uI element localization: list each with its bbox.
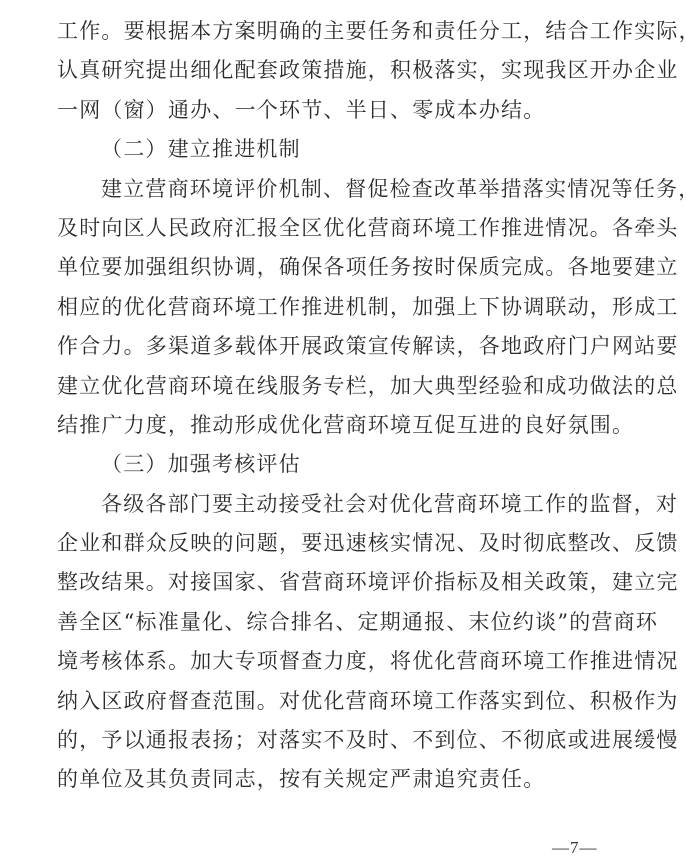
section-heading-3: （三）加强考核评估: [57, 445, 603, 484]
paragraph-line: 善全区“标准量化、综合排名、定期通报、末位约谈”的营商环: [57, 603, 603, 642]
paragraph-line: 的，予以通报表扬；对落实不及时、不到位、不彻底或进展缓慢: [57, 721, 603, 760]
paragraph-line: 建立营商环境评价机制、督促检查改革举措落实情况等任务，: [57, 170, 603, 209]
paragraph-line: 结推广力度，推动形成优化营商环境互促互进的良好氛围。: [57, 406, 603, 445]
page-number: —7—: [552, 838, 598, 858]
document-body: 工作。要根据本方案明确的主要任务和责任分工，结合工作实际， 认真研究提出细化配套…: [57, 12, 603, 800]
section-heading-2: （二）建立推进机制: [57, 130, 603, 169]
paragraph-line: 整改结果。对接国家、省营商环境评价指标及相关政策，建立完: [57, 563, 603, 602]
paragraph-line: 企业和群众反映的问题，要迅速核实情况、及时彻底整改、反馈: [57, 524, 603, 563]
paragraph-line: 各级各部门要主动接受社会对优化营商环境工作的监督，对: [57, 485, 603, 524]
paragraph-line: 的单位及其负责同志，按有关规定严肃追究责任。: [57, 760, 603, 799]
paragraph-line: 及时向区人民政府汇报全区优化营商环境工作推进情况。各牵头: [57, 209, 603, 248]
paragraph-line: 相应的优化营商环境工作推进机制，加强上下协调联动，形成工: [57, 288, 603, 327]
paragraph-line: 建立优化营商环境在线服务专栏，加大典型经验和成功做法的总: [57, 367, 603, 406]
paragraph-line: 作合力。多渠道多载体开展政策宣传解读，各地政府门户网站要: [57, 327, 603, 366]
paragraph-line: 纳入区政府督查范围。对优化营商环境工作落实到位、积极作为: [57, 682, 603, 721]
paragraph-line: 工作。要根据本方案明确的主要任务和责任分工，结合工作实际，: [57, 12, 603, 51]
paragraph-line: 境考核体系。加大专项督查力度，将优化营商环境工作推进情况: [57, 642, 603, 681]
paragraph-line: 单位要加强组织协调，确保各项任务按时保质完成。各地要建立: [57, 248, 603, 287]
paragraph-line: 认真研究提出细化配套政策措施，积极落实，实现我区开办企业: [57, 51, 603, 90]
paragraph-line: 一网（窗）通办、一个环节、半日、零成本办结。: [57, 91, 603, 130]
